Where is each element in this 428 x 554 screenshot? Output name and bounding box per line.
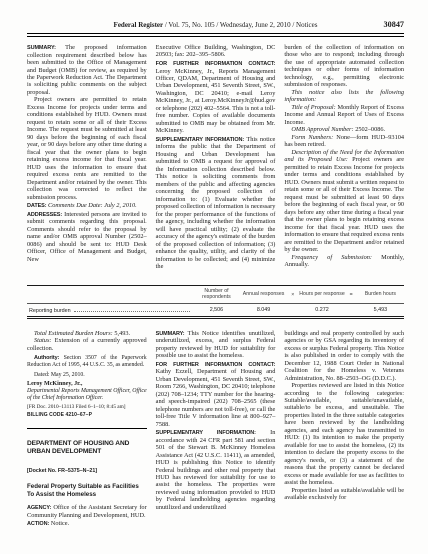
- excess-income-paragraph: Project owners are permitted to retain E…: [27, 96, 147, 201]
- action-paragraph: ACTION: Notice.: [27, 520, 147, 528]
- addresses-label: ADDRESSES:: [27, 212, 62, 218]
- notice2-further-info-label: FOR FURTHER INFORMATION CONTACT:: [156, 362, 276, 368]
- table-bottom-rule: [27, 316, 404, 319]
- action-label: ACTION:: [27, 521, 49, 527]
- signature-name: Leroy McKinney, Jr.,: [27, 381, 147, 388]
- col-header-burden-hours: Burden hours: [357, 292, 404, 298]
- table-header-row: Number of respondents Annual responses ×…: [27, 286, 404, 304]
- dates-text: Comments Due Date: July 2, 2010.: [48, 202, 137, 209]
- notice2-continuation-text: buildings and real property controlled b…: [284, 330, 404, 382]
- page-header: Federal Register / Vol. 75, No. 105 / We…: [27, 21, 404, 31]
- authority-paragraph: Authority: Section 3507 of the Paperwork…: [27, 355, 147, 369]
- notice1-column-3: burden of the collection of information …: [284, 44, 404, 280]
- form-numbers-paragraph: Form Numbers: None—form HUD–93104 has be…: [284, 134, 404, 149]
- lower-column-3: buildings and real property controlled b…: [284, 330, 404, 554]
- billing-code: BILLING CODE 4210–67–P: [27, 413, 147, 419]
- categories-text: Properties reviewed are listed in this N…: [284, 382, 404, 486]
- summary-paragraph: SUMMARY: The proposed information collec…: [27, 44, 147, 96]
- total-burden-label: Total Estimated Burden Hours:: [34, 330, 113, 337]
- supplementary-info-text: This notice informs the public that the …: [156, 136, 276, 270]
- status-paragraph: Status: Extension of a currently approve…: [27, 337, 147, 352]
- omb-number-label: OMB Approval Number:: [291, 126, 353, 133]
- notice1-column-1: SUMMARY: The proposed information collec…: [27, 44, 147, 280]
- status-label: Status:: [34, 337, 52, 344]
- value-respondents: 2,506: [193, 307, 240, 313]
- notice2-supplementary-text: In accordance with 24 CFR part 581 and s…: [156, 429, 276, 511]
- value-hours-per-response: 0.272: [298, 307, 345, 313]
- description-paragraph: Description of the Need for the Informat…: [284, 149, 404, 254]
- omb-number-paragraph: OMB Approval Number: 2502–0086.: [284, 126, 404, 133]
- total-burden-paragraph: Total Estimated Burden Hours: 5,493.: [27, 330, 147, 337]
- row-stub: Reporting burden: [27, 308, 193, 314]
- notice2-title: Federal Property Suitable as Facilities …: [27, 483, 147, 499]
- value-annual-responses: 8.049: [240, 307, 287, 313]
- department-heading: DEPARTMENT OF HOUSING AND URBAN DEVELOPM…: [27, 440, 147, 457]
- multiply-symbol: ×: [287, 292, 298, 298]
- row-label: Reporting burden: [29, 308, 71, 314]
- action-text: Notice.: [51, 520, 69, 527]
- title-of-proposal-paragraph: Title of Proposal: Monthly Report of Exc…: [284, 104, 404, 126]
- further-info-label: FOR FURTHER INFORMATION CONTACT:: [156, 61, 276, 67]
- lists-note-paragraph: This notice also lists the following inf…: [284, 89, 404, 104]
- addresses-text: Interested persons are invited to submit…: [27, 211, 147, 263]
- frequency-paragraph: Frequency of Submission: Monthly, Annual…: [284, 254, 404, 269]
- notice2-further-info-paragraph: FOR FURTHER INFORMATION CONTACT: Kathy E…: [156, 361, 276, 428]
- suitable-available-text: Properties listed as suitable/available …: [284, 487, 404, 501]
- supplementary-info-paragraph: SUPPLEMENTARY INFORMATION: This notice i…: [156, 136, 276, 271]
- notice2-further-info-text: Kathy Ezzell, Department of Housing and …: [156, 368, 276, 427]
- supplementary-continuation: burden of the collection of information …: [284, 44, 404, 89]
- reporting-burden-table: Number of respondents Annual responses ×…: [27, 285, 404, 319]
- lower-body: Total Estimated Burden Hours: 5,493. Sta…: [27, 330, 404, 554]
- addresses-paragraph: ADDRESSES: Interested persons are invite…: [27, 211, 147, 263]
- lists-note-text: This notice also lists the following inf…: [284, 89, 404, 103]
- notice2-continuation-paragraph: buildings and real property controlled b…: [284, 330, 404, 382]
- journal-name: Federal Register: [114, 21, 164, 29]
- suitable-available-paragraph: Properties listed as suitable/available …: [284, 487, 404, 502]
- supplementary-continuation-text: burden of the collection of information …: [284, 44, 404, 88]
- lower-column-1: Total Estimated Burden Hours: 5,493. Sta…: [27, 330, 147, 554]
- dates-label: DATES:: [27, 203, 46, 209]
- title-of-proposal-label: Title of Proposal:: [291, 104, 335, 111]
- notice2-supplementary-label: SUPPLEMENTARY INFORMATION:: [156, 430, 256, 436]
- federal-register-page: Federal Register / Vol. 75, No. 105 / We…: [0, 0, 428, 554]
- header-citation: Federal Register / Vol. 75, No. 105 / We…: [114, 21, 318, 29]
- summary-text: The proposed information collection requ…: [27, 44, 147, 96]
- header-rule: [27, 33, 404, 37]
- notice2-supplementary-paragraph: SUPPLEMENTARY INFORMATION: In accordance…: [156, 429, 276, 511]
- categories-paragraph: Properties reviewed are listed in this N…: [284, 382, 404, 487]
- frequency-label: Frequency of Submission:: [291, 254, 372, 261]
- further-info-paragraph: FOR FURTHER INFORMATION CONTACT: Leroy M…: [156, 60, 276, 135]
- notice2-summary-paragraph: SUMMARY: This Notice identifies unutiliz…: [156, 330, 276, 360]
- col-header-hours-per-response: Hours per response: [298, 292, 345, 298]
- dates-paragraph: DATES: Comments Due Date: July 2, 2010.: [27, 202, 147, 210]
- signature-title: Departmental Reports Management Officer,…: [27, 388, 147, 402]
- addresses-continuation-text: Executive Office Building, Washington, D…: [156, 44, 276, 58]
- authority-label: Authority:: [34, 355, 59, 361]
- dated-line: Dated: May 25, 2010.: [27, 372, 147, 379]
- table-data-row: Reporting burden 2,506 8.049 0.272 5,493: [27, 304, 404, 316]
- fr-doc-line: [FR Doc. 2010–13113 Filed 6–1–10; 8:45 a…: [27, 404, 147, 410]
- dot-leader: [74, 311, 190, 312]
- omb-number-text: 2502–0086.: [355, 126, 385, 133]
- agency-paragraph: AGENCY: Office of the Assistant Secretar…: [27, 504, 147, 519]
- col-header-respondents: Number of respondents: [193, 289, 240, 301]
- further-info-text: Leroy McKinney, Jr., Reports Management …: [156, 68, 276, 135]
- supplementary-info-label: SUPPLEMENTARY INFORMATION:: [156, 137, 244, 143]
- agency-label: AGENCY:: [27, 505, 51, 511]
- docket-number: [Docket No. FR–5375–N–21]: [27, 468, 147, 474]
- value-burden-hours: 5,493: [357, 307, 404, 313]
- addresses-continuation: Executive Office Building, Washington, D…: [156, 44, 276, 59]
- summary-label: SUMMARY:: [27, 45, 56, 51]
- header-citation-rest: / Vol. 75, No. 105 / Wednesday, June 2, …: [163, 21, 317, 29]
- col-header-annual-responses: Annual responses: [240, 292, 287, 298]
- form-numbers-label: Form Numbers:: [291, 134, 333, 141]
- lower-column-2: SUMMARY: This Notice identifies unutiliz…: [156, 330, 276, 554]
- section-divider: [27, 428, 147, 429]
- total-burden-text: 5,493.: [114, 330, 130, 337]
- excess-income-text: Project owners are permitted to retain E…: [27, 96, 147, 200]
- equals-symbol: =: [346, 292, 357, 298]
- description-text: Project owners are permitted to retain E…: [284, 156, 404, 253]
- notice1-column-2: Executive Office Building, Washington, D…: [156, 44, 276, 280]
- notice2-summary-label: SUMMARY:: [156, 331, 185, 337]
- notice1-body: SUMMARY: The proposed information collec…: [27, 44, 404, 280]
- page-number: 30847: [384, 20, 404, 29]
